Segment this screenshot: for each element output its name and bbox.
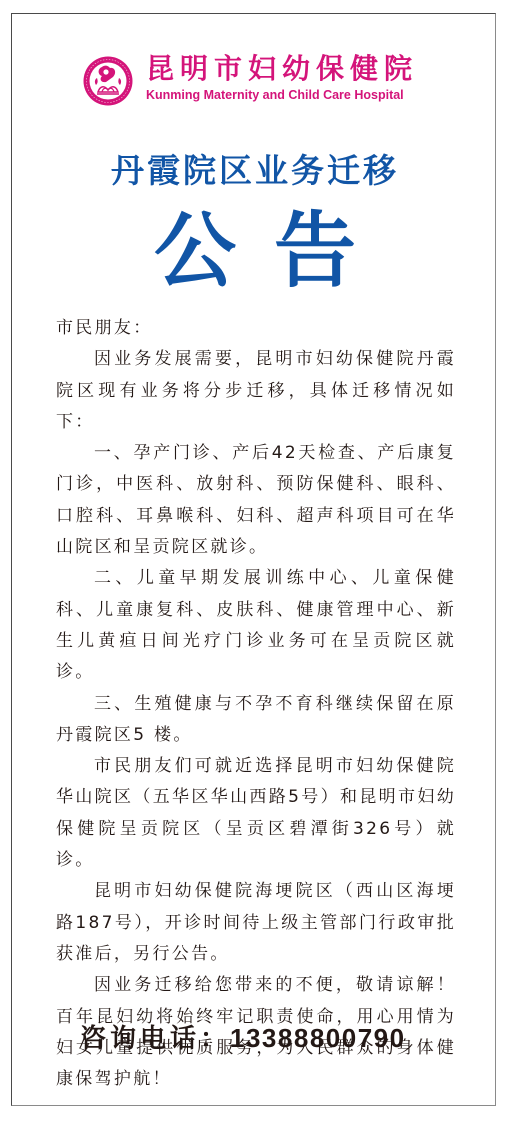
notice-subtitle: 丹霞院区业务迁移: [0, 151, 510, 191]
contact-line: 咨询电话：13388800790: [80, 1022, 406, 1055]
contact-label: 咨询电话：: [80, 1024, 230, 1054]
hospital-name-en: Kunming Maternity and Child Care Hospita…: [146, 88, 404, 102]
notice-body: 市民朋友： 因业务发展需要，昆明市妇幼保健院丹霞院区现有业务将分步迁移，具体迁移…: [56, 313, 456, 1095]
hospital-name-cn: 昆明市妇幼保健院: [146, 53, 418, 85]
paragraph-campus-options: 市民朋友们可就近选择昆明市妇幼保健院华山院区（五华区华山西路5号）和昆明市妇幼保…: [56, 751, 456, 876]
notice-title: 公告: [0, 204, 510, 300]
hospital-logo-header: 昆明市妇幼保健院 Kunming Maternity and Child Car…: [82, 53, 442, 109]
paragraph-intro: 因业务发展需要，昆明市妇幼保健院丹霞院区现有业务将分步迁移，具体迁移情况如下：: [56, 344, 456, 438]
paragraph-item-2: 二、儿童早期发展训练中心、儿童保健科、儿童康复科、皮肤科、健康管理中心、新生儿黄…: [56, 563, 456, 688]
salutation: 市民朋友：: [56, 313, 456, 344]
contact-phone: 13388800790: [230, 1023, 406, 1053]
paragraph-item-3: 三、生殖健康与不孕不育科继续保留在原丹霞院区5 楼。: [56, 689, 456, 752]
hospital-emblem-icon: [82, 55, 134, 107]
paragraph-item-1: 一、孕产门诊、产后42天检查、产后康复门诊，中医科、放射科、预防保健科、眼科、口…: [56, 438, 456, 563]
paragraph-haigeng-campus: 昆明市妇幼保健院海埂院区（西山区海埂路187号），开诊时间待上级主管部门行政审批…: [56, 876, 456, 970]
